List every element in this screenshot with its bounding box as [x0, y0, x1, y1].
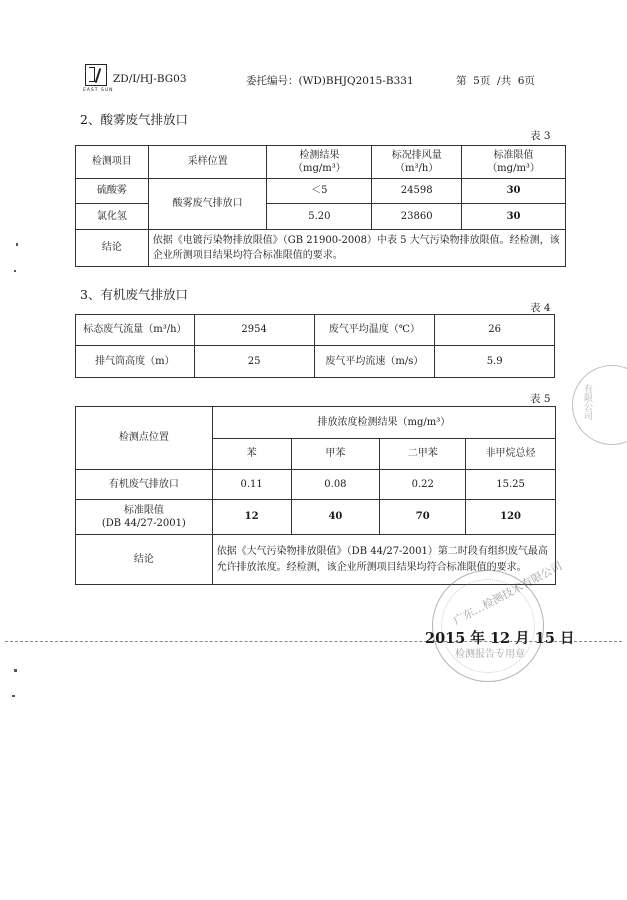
conclusion-label: 结论: [76, 230, 149, 267]
column-header: 二甲苯: [380, 439, 466, 470]
table-5-label: 表 5: [530, 391, 551, 406]
group-header: 排放浓度检测结果（mg/m³）: [212, 407, 555, 439]
table-row: 标态废气流量（m³/h） 2954 废气平均温度（℃） 26: [76, 315, 555, 346]
value-cell: 0.22: [380, 470, 466, 500]
param-label: 标态废气流量（m³/h）: [76, 315, 195, 346]
table-row: 标准限值 (DB 44/27-2001) 12 40 70 120: [76, 500, 556, 535]
sampling-location-cell: 酸雾废气排放口: [148, 179, 267, 230]
item-cell: 氯化氢: [76, 204, 149, 230]
table-3: 检测项目 采样位置 检测结果（mg/m³） 标况排风量（m³/h） 标准限值（m…: [75, 145, 566, 267]
scan-speck: [16, 243, 18, 246]
header-cell: 检测结果（mg/m³）: [267, 146, 372, 179]
param-value: 5.9: [435, 346, 555, 378]
report-date: 2015 年 12 月 15 日: [425, 627, 574, 648]
param-label: 废气平均流速（m/s）: [314, 346, 435, 378]
limit-cell: 70: [380, 500, 466, 535]
column-header: 苯: [212, 439, 291, 470]
conclusion-row: 结论 依据《电镀污染物排放限值》（GB 21900-2008）中表 5 大气污染…: [76, 230, 566, 267]
table-4: 标态废气流量（m³/h） 2954 废气平均温度（℃） 26 排气筒高度（m） …: [75, 314, 555, 378]
result-cell: 5.20: [267, 204, 372, 230]
limit-cell: 12: [212, 500, 291, 535]
header-cell: 标况排风量（m³/h）: [372, 146, 462, 179]
table-row: 硫酸雾 酸雾废气排放口 ＜5 24598 30: [76, 179, 566, 204]
result-cell: ＜5: [267, 179, 372, 204]
location-cell: 有机废气排放口: [76, 470, 213, 500]
value-cell: 0.11: [212, 470, 291, 500]
flow-cell: 23860: [372, 204, 462, 230]
item-cell: 硫酸雾: [76, 179, 149, 204]
param-label: 废气平均温度（℃）: [314, 315, 435, 346]
flow-cell: 24598: [372, 179, 462, 204]
table-5: 检测点位置 排放浓度检测结果（mg/m³） 苯 甲苯 二甲苯 非甲烷总烃 有机废…: [75, 406, 556, 585]
section-title-acid-mist: 2、酸雾废气排放口: [80, 110, 188, 128]
scan-speck: [12, 695, 15, 697]
doc-code: ZD/I/HJ-BG03: [113, 73, 187, 85]
param-value: 26: [435, 315, 555, 346]
limit-label-cell: 标准限值 (DB 44/27-2001): [76, 500, 213, 535]
param-value: 2954: [194, 315, 314, 346]
scan-speck: [14, 270, 16, 272]
company-logo: [85, 64, 107, 86]
limit-cell: 30: [462, 204, 566, 230]
conclusion-text: 依据《电镀污染物排放限值》（GB 21900-2008）中表 5 大气污染物排放…: [148, 230, 565, 267]
header-cell: 检测项目: [76, 146, 149, 179]
limit-cell: 120: [466, 500, 556, 535]
location-header: 检测点位置: [76, 407, 213, 470]
commission-number: 委托编号：(WD)BHJQ2015-B331: [246, 73, 414, 88]
value-cell: 15.25: [466, 470, 556, 500]
param-value: 25: [194, 346, 314, 378]
column-header: 甲苯: [291, 439, 380, 470]
table-row: 有机废气排放口 0.11 0.08 0.22 15.25: [76, 470, 556, 500]
table-row: 排气筒高度（m） 25 废气平均流速（m/s） 5.9: [76, 346, 555, 378]
page-edge-seal-stamp: 有限公司: [572, 365, 627, 445]
table-3-label: 表 3: [530, 128, 551, 143]
section-title-organic-gas: 3、有机废气排放口: [80, 285, 188, 303]
logo-caption: EAST SUN: [83, 88, 113, 93]
column-header: 非甲烷总烃: [466, 439, 556, 470]
header-cell: 采样位置: [148, 146, 267, 179]
limit-cell: 40: [291, 500, 380, 535]
company-seal-stamp: 广东…检测技术有限公司 检测报告专用章: [432, 570, 544, 682]
limit-cell: 30: [462, 179, 566, 204]
value-cell: 0.08: [291, 470, 380, 500]
table-4-label: 表 4: [530, 300, 551, 315]
page-info: 第 5页 /共 6页: [456, 73, 535, 88]
conclusion-label: 结论: [76, 535, 213, 585]
scan-speck: [14, 669, 17, 672]
header-cell: 标准限值（mg/m³）: [462, 146, 566, 179]
param-label: 排气筒高度（m）: [76, 346, 195, 378]
